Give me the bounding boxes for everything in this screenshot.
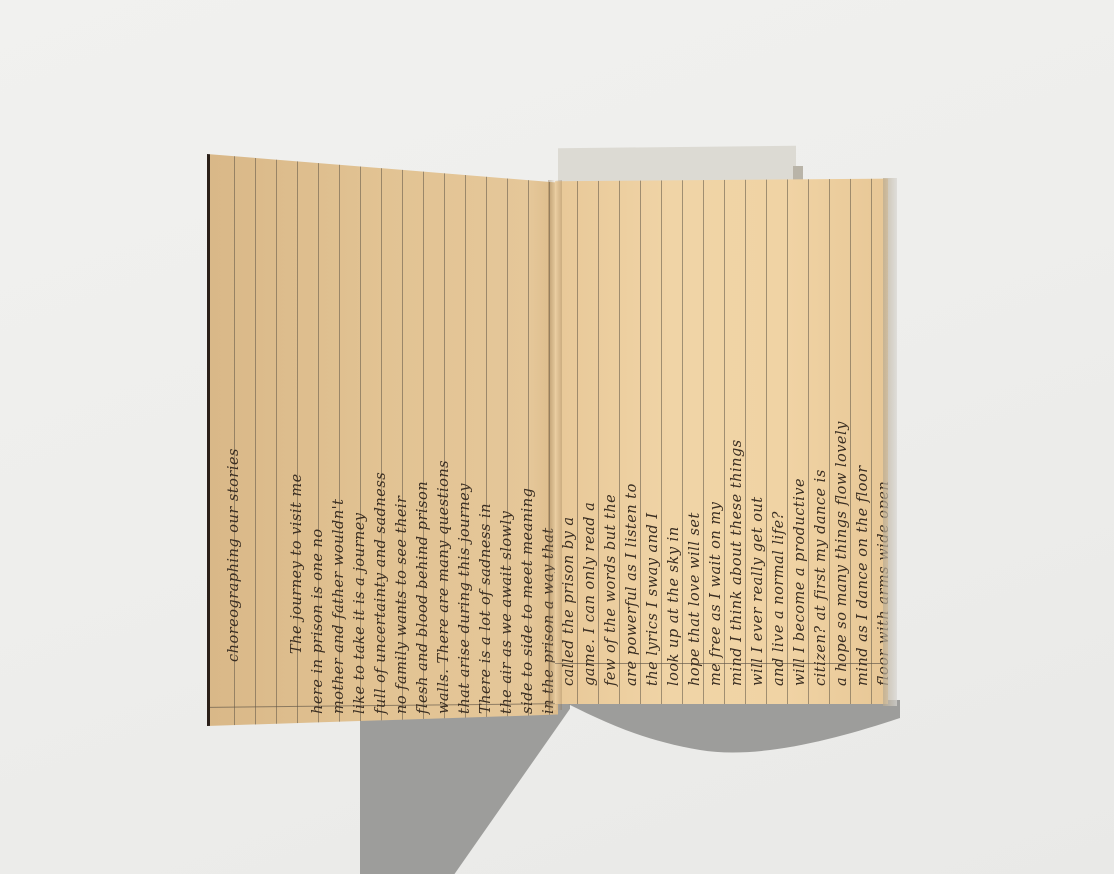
handwritten-line: full of uncertainty and sadness	[371, 194, 392, 714]
handwritten-line: few of the words but the	[601, 206, 622, 686]
handwritten-line: the lyrics I sway and I	[643, 206, 664, 686]
handwritten-line: There is a lot of sadness in	[476, 194, 497, 714]
handwritten-line: mind I think about these things	[727, 206, 748, 686]
page-edge-shadow	[883, 178, 897, 706]
handwritten-line: citizen? at first my dance is	[811, 206, 832, 686]
handwritten-line: a hope so many things flow lovely	[832, 206, 853, 686]
handwritten-line: no family wants to see their	[392, 194, 413, 714]
handwritten-line: like to take it is a journey	[350, 194, 371, 714]
handwritten-text-left: choreographing our stories The journey t…	[224, 194, 558, 714]
handwritten-line: game. I can only read a	[580, 206, 601, 686]
handwritten-line: look up at the sky in	[664, 206, 685, 686]
handwritten-line: The journey to visit me	[287, 194, 308, 714]
handwritten-line: are powerful as I listen to	[622, 206, 643, 686]
notebook-right-page: called the prison by a game. I can only …	[555, 176, 888, 704]
handwritten-line: will I become a productive	[790, 206, 811, 686]
handwritten-line: mother and father wouldn't	[329, 194, 350, 714]
page-title: choreographing our stories	[224, 194, 245, 714]
handwritten-line: flesh and blood behind prison	[413, 194, 434, 714]
blank-line	[245, 194, 287, 714]
handwritten-line: hope that love will set	[685, 206, 706, 686]
photo-scene: choreographing our stories The journey t…	[0, 0, 1114, 874]
handwritten-line: the air as we await slowly	[497, 194, 518, 714]
handwritten-line: walls. There are many questions	[434, 194, 455, 714]
handwritten-line: and live a normal life?	[769, 206, 790, 686]
back-cover-tab	[558, 146, 796, 182]
notebook-shadow-left	[360, 700, 570, 874]
handwritten-line: here in prison is one no	[308, 194, 329, 714]
back-cover-edge	[793, 166, 803, 180]
notebook-shadow-right	[560, 700, 900, 760]
notebook-spine	[548, 180, 562, 710]
handwritten-line: mind as I dance on the floor	[853, 206, 874, 686]
handwritten-line: side to side to meet meaning	[518, 194, 539, 714]
handwritten-line: called the prison by a	[559, 206, 580, 686]
handwritten-line: will I ever really get out	[748, 206, 769, 686]
handwritten-line: me free as I wait on my	[706, 206, 727, 686]
notebook-left-page: choreographing our stories The journey t…	[207, 154, 558, 726]
handwritten-line: that arise during this journey	[455, 194, 476, 714]
handwritten-text-right: called the prison by a game. I can only …	[559, 206, 888, 686]
